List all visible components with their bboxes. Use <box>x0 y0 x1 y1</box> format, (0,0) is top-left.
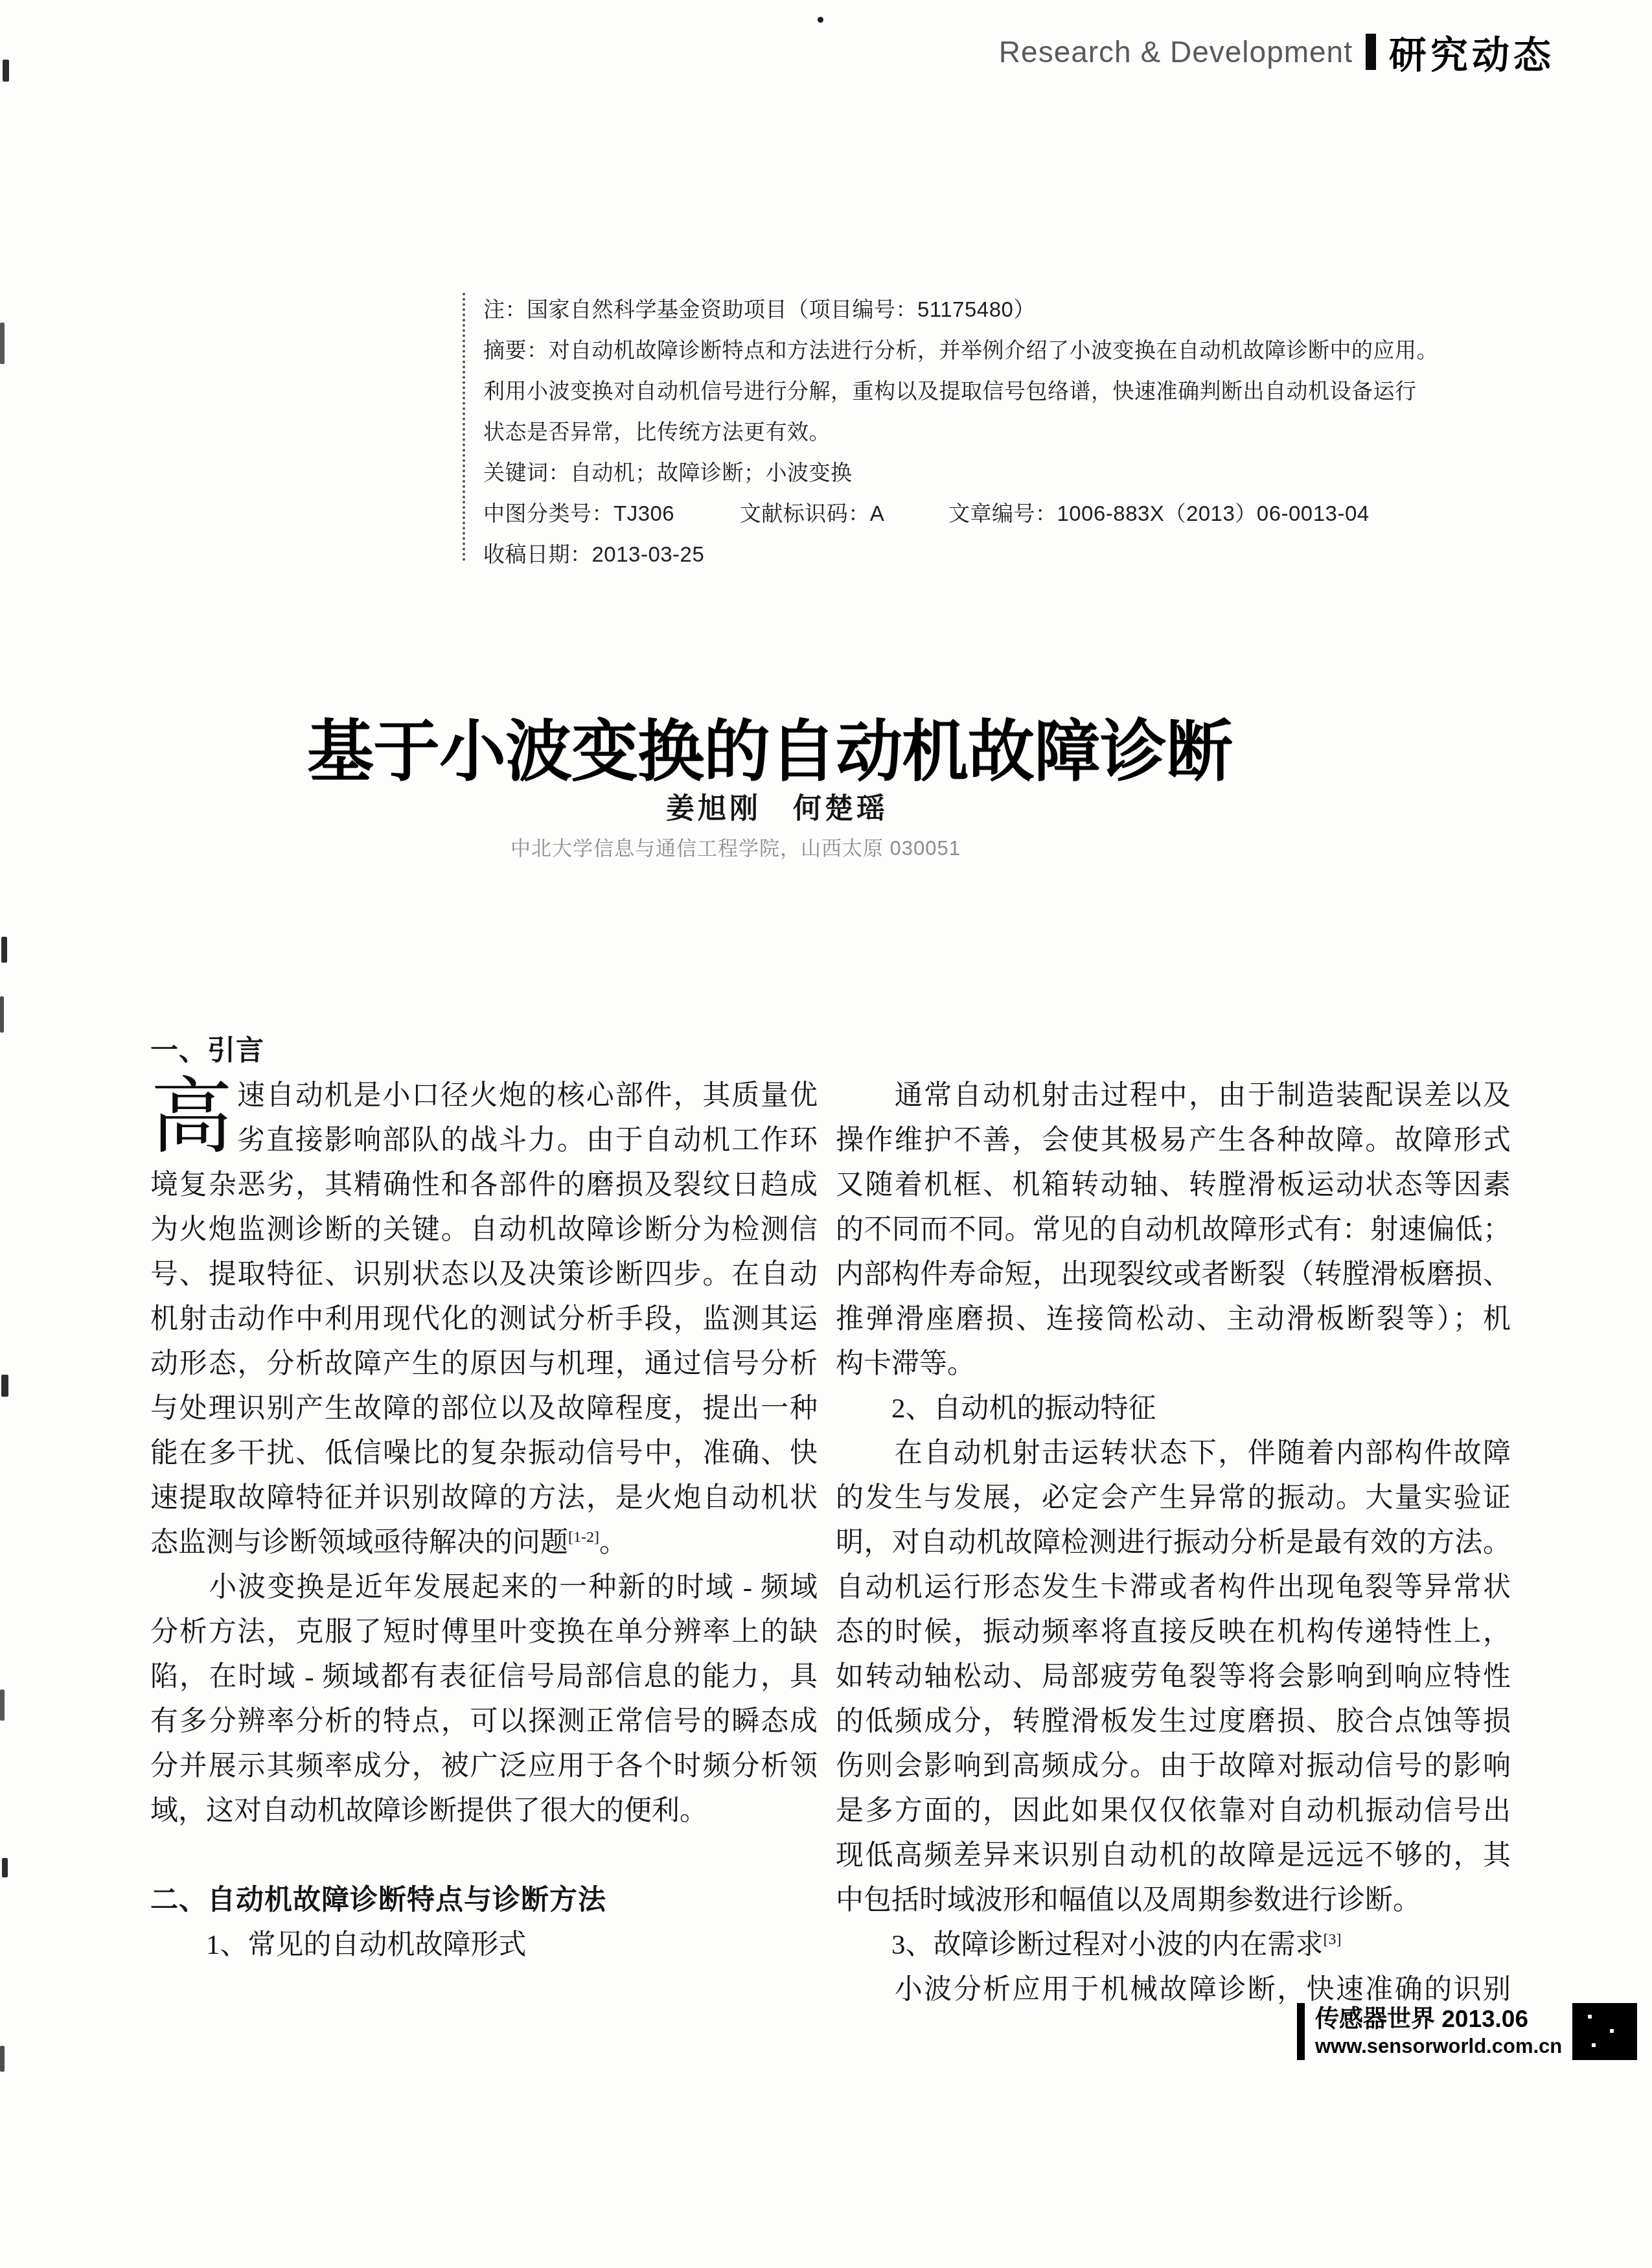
body-line: 态的时候，振动频率将直接反映在机构传递特性上， <box>836 1610 1511 1655</box>
body-line: 的发生与发展，必定会产生异常的振动。大量实验证 <box>836 1476 1511 1520</box>
body-line: 构卡滞等。 <box>836 1342 1511 1386</box>
section-name-chinese: 研究动态 <box>1389 25 1555 79</box>
body-line: 通常自动机射击过程中，由于制造装配误差以及 <box>836 1073 1511 1118</box>
scan-artifact <box>0 1690 5 1721</box>
journal-name-issue: 传感器世界 2013.06 <box>1315 2004 1562 2034</box>
page-header: Research & Development 研究动态 <box>999 25 1555 79</box>
body-line: 速自动机是小口径火炮的核心部件，其质量优 <box>150 1073 818 1118</box>
scan-artifact <box>3 60 9 82</box>
body-line: 分并展示其频率成分，被广泛应用于各个时频分析领 <box>150 1744 818 1789</box>
footer-black-box <box>1572 2003 1637 2060</box>
journal-footer: 传感器世界 2013.06 www.sensorworld.com.cn <box>1297 2003 1637 2060</box>
footer-divider-bar <box>1297 2003 1305 2060</box>
meta-line: 收稿日期：2013-03-25 <box>483 534 1468 575</box>
body-line: 能在多干扰、低信噪比的复杂振动信号中，准确、快 <box>150 1431 818 1476</box>
section-name-english: Research & Development <box>999 34 1353 69</box>
body-line: 明，对自动机故障检测进行振动分析是最有效的方法。 <box>836 1520 1511 1565</box>
body-line: 号、提取特征、识别状态以及决策诊断四步。在自动 <box>150 1252 818 1297</box>
body-line: 二、自动机故障诊断特点与诊断方法 <box>150 1878 818 1923</box>
body-line: 一、引言 <box>150 1029 818 1073</box>
footer-text-block: 传感器世界 2013.06 www.sensorworld.com.cn <box>1315 2004 1562 2059</box>
meta-line: 关键词：自动机；故障诊断；小波变换 <box>483 452 1468 493</box>
body-line: 自动机运行形态发生卡滞或者构件出现龟裂等异常状 <box>836 1565 1511 1610</box>
meta-divider-line <box>463 293 465 561</box>
body-line: 操作维护不善，会使其极易产生各种故障。故障形式 <box>836 1118 1511 1163</box>
body-line: 态监测与诊断领域亟待解决的问题[1-2]。 <box>150 1520 818 1565</box>
body-line: 动形态，分析故障产生的原因与机理，通过信号分析 <box>150 1342 818 1386</box>
right-column: 通常自动机射击过程中，由于制造装配误差以及操作维护不善，会使其极易产生各种故障。… <box>836 1073 1511 2012</box>
body-line: 陷，在时域 - 频域都有表征信号局部信息的能力，具 <box>150 1655 818 1699</box>
meta-line: 状态是否异常，比传统方法更有效。 <box>483 411 1468 452</box>
scan-artifact <box>0 996 4 1033</box>
scan-artifact <box>2 1858 8 1877</box>
article-metadata: 注：国家自然科学基金资助项目（项目编号：51175480）摘要：对自动机故障诊断… <box>483 289 1468 575</box>
header-divider-bar <box>1366 34 1376 70</box>
body-line: 劣直接影响部队的战斗力。由于自动机工作环 <box>150 1118 818 1163</box>
body-line: 如转动轴松动、局部疲劳龟裂等将会影响到响应特性 <box>836 1655 1511 1699</box>
body-line: 分析方法，克服了短时傅里叶变换在单分辨率上的缺 <box>150 1610 818 1655</box>
body-line: 3、故障诊断过程对小波的内在需求[3] <box>836 1923 1511 1967</box>
scan-artifact <box>0 2046 5 2072</box>
scan-dot <box>818 17 823 23</box>
body-line: 有多分辨率分析的特点，可以探测正常信号的瞬态成 <box>150 1699 818 1744</box>
meta-line: 中图分类号：TJ306 文献标识码：A 文章编号：1006-883X（2013）… <box>483 493 1468 534</box>
body-line: 2、自动机的振动特征 <box>836 1386 1511 1431</box>
body-line: 域，这对自动机故障诊断提供了很大的便利。 <box>150 1789 818 1833</box>
journal-url: www.sensorworld.com.cn <box>1315 2034 1562 2059</box>
body-line: 的不同而不同。常见的自动机故障形式有：射速偏低； <box>836 1208 1511 1252</box>
body-line: 又随着机框、机箱转动轴、转膛滑板运动状态等因素 <box>836 1163 1511 1208</box>
meta-line: 注：国家自然科学基金资助项目（项目编号：51175480） <box>483 289 1468 330</box>
scan-artifact <box>1 937 7 963</box>
left-column: 一、引言速自动机是小口径火炮的核心部件，其质量优劣直接影响部队的战斗力。由于自动… <box>150 1029 818 1967</box>
body-line: 与处理识别产生故障的部位以及故障程度，提出一种 <box>150 1386 818 1431</box>
body-line <box>150 1833 818 1878</box>
body-line: 是多方面的，因此如果仅仅依靠对自动机振动信号出 <box>836 1789 1511 1833</box>
body-line: 现低高频差异来识别自动机的故障是远远不够的，其 <box>836 1833 1511 1878</box>
body-line: 内部构件寿命短，出现裂纹或者断裂（转膛滑板磨损、 <box>836 1252 1511 1297</box>
article-affiliation: 中北大学信息与通信工程学院，山西太原 030051 <box>511 832 961 861</box>
body-line: 速提取故障特征并识别故障的方法，是火炮自动机状 <box>150 1476 818 1520</box>
body-line: 1、常见的自动机故障形式 <box>150 1923 818 1967</box>
scan-artifact <box>0 323 5 364</box>
scan-artifact <box>1 1375 8 1397</box>
article-authors: 姜旭刚 何楚瑶 <box>666 785 888 827</box>
body-line: 推弹滑座磨损、连接筒松动、主动滑板断裂等）；机 <box>836 1297 1511 1342</box>
body-line: 伤则会影响到高频成分。由于故障对振动信号的影响 <box>836 1744 1511 1789</box>
scanned-paper-page: Research & Development 研究动态 注：国家自然科学基金资助… <box>0 0 1652 2268</box>
body-line: 境复杂恶劣，其精确性和各部件的磨损及裂纹日趋成 <box>150 1163 818 1208</box>
body-line: 为火炮监测诊断的关键。自动机故障诊断分为检测信 <box>150 1208 818 1252</box>
body-line: 中包括时域波形和幅值以及周期参数进行诊断。 <box>836 1878 1511 1923</box>
body-line: 小波变换是近年发展起来的一种新的时域 - 频域 <box>150 1565 818 1610</box>
meta-line: 利用小波变换对自动机信号进行分解，重构以及提取信号包络谱，快速准确判断出自动机设… <box>483 371 1468 411</box>
meta-line: 摘要：对自动机故障诊断特点和方法进行分析，并举例介绍了小波变换在自动机故障诊断中… <box>483 330 1468 371</box>
article-title: 基于小波变换的自动机故障诊断 <box>307 698 1344 794</box>
body-line: 机射击动作中利用现代化的测试分析手段，监测其运 <box>150 1297 818 1342</box>
body-line: 的低频成分，转膛滑板发生过度磨损、胶合点蚀等损 <box>836 1699 1511 1744</box>
body-line: 在自动机射击运转状态下，伴随着内部构件故障 <box>836 1431 1511 1476</box>
